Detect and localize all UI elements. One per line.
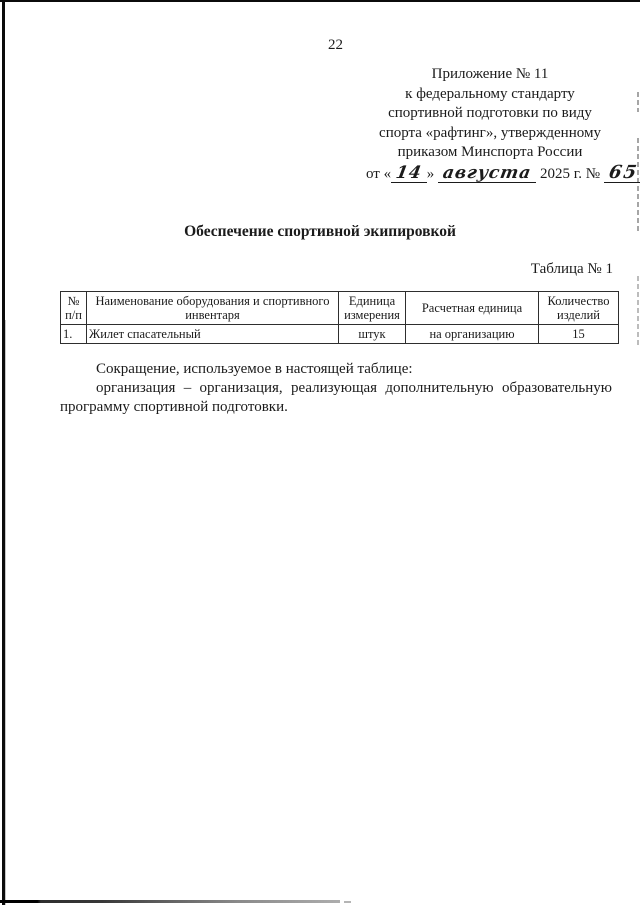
handwritten-day: 14: [395, 166, 423, 180]
table-header-row: № п/п Наименование оборудования и спорти…: [61, 292, 619, 325]
scan-artifact-right-dash: [637, 276, 639, 348]
date-close-quote: »: [427, 166, 435, 182]
notes-definition: организация – организация, реализующая д…: [60, 379, 612, 417]
appendix-header-line: к федеральному стандарту: [366, 85, 614, 105]
scan-artifact-right-dash: [637, 92, 639, 112]
date-prefix: от «: [366, 166, 391, 182]
appendix-header-line: Приложение № 11: [366, 65, 614, 85]
appendix-header-line: приказом Минспорта России: [366, 143, 614, 163]
document-title: Обеспечение спортивной экипировкой: [60, 223, 580, 241]
order-date-line: от «14» августа 2025 г. № 657: [366, 165, 614, 185]
table-row: 1. Жилет спасательный штук на организаци…: [61, 325, 619, 344]
table-cell-calc-unit: на организацию: [406, 325, 539, 344]
notes-block: Сокращение, используемое в настоящей таб…: [60, 360, 612, 417]
scan-artifact-bottom-edge: [0, 900, 340, 903]
scan-artifact-left-faint-line: [5, 320, 6, 905]
scan-artifact-top-edge: [0, 0, 640, 2]
table-header-cell-calc: Расчетная единица: [406, 292, 539, 325]
handwritten-month: августа: [442, 166, 533, 180]
table-caption: Таблица № 1: [531, 261, 613, 278]
table-header-cell-qty: Количество изделий: [539, 292, 619, 325]
handwritten-order-number-blank: 657: [604, 166, 640, 183]
handwritten-order-number: 657: [608, 166, 640, 180]
table-cell-row-number: 1.: [61, 325, 87, 344]
table-cell-quantity: 15: [539, 325, 619, 344]
scan-artifact-right-dash: [637, 138, 639, 233]
appendix-header: Приложение № 11 к федеральному стандарту…: [366, 65, 614, 184]
table-header-cell-name: Наименование оборудования и спортивного …: [87, 292, 339, 325]
table-cell-unit: штук: [339, 325, 406, 344]
handwritten-month-blank: августа: [438, 166, 536, 183]
appendix-header-line: спортивной подготовки по виду: [366, 104, 614, 124]
scan-artifact-bottom-dot: [344, 901, 351, 903]
page-number: 22: [328, 37, 343, 54]
handwritten-day-blank: 14: [391, 166, 427, 183]
equipment-table: № п/п Наименование оборудования и спорти…: [60, 291, 619, 344]
date-year-and-number: 2025 г. №: [540, 166, 600, 182]
table-header-cell-unit: Единица измерения: [339, 292, 406, 325]
table-cell-item-name: Жилет спасательный: [87, 325, 339, 344]
appendix-header-line: спорта «рафтинг», утвержденному: [366, 124, 614, 144]
notes-intro: Сокращение, используемое в настоящей таб…: [60, 360, 612, 379]
scanned-document-page: 22 Приложение № 11 к федеральному станда…: [0, 0, 640, 905]
table-header-cell-num: № п/п: [61, 292, 87, 325]
